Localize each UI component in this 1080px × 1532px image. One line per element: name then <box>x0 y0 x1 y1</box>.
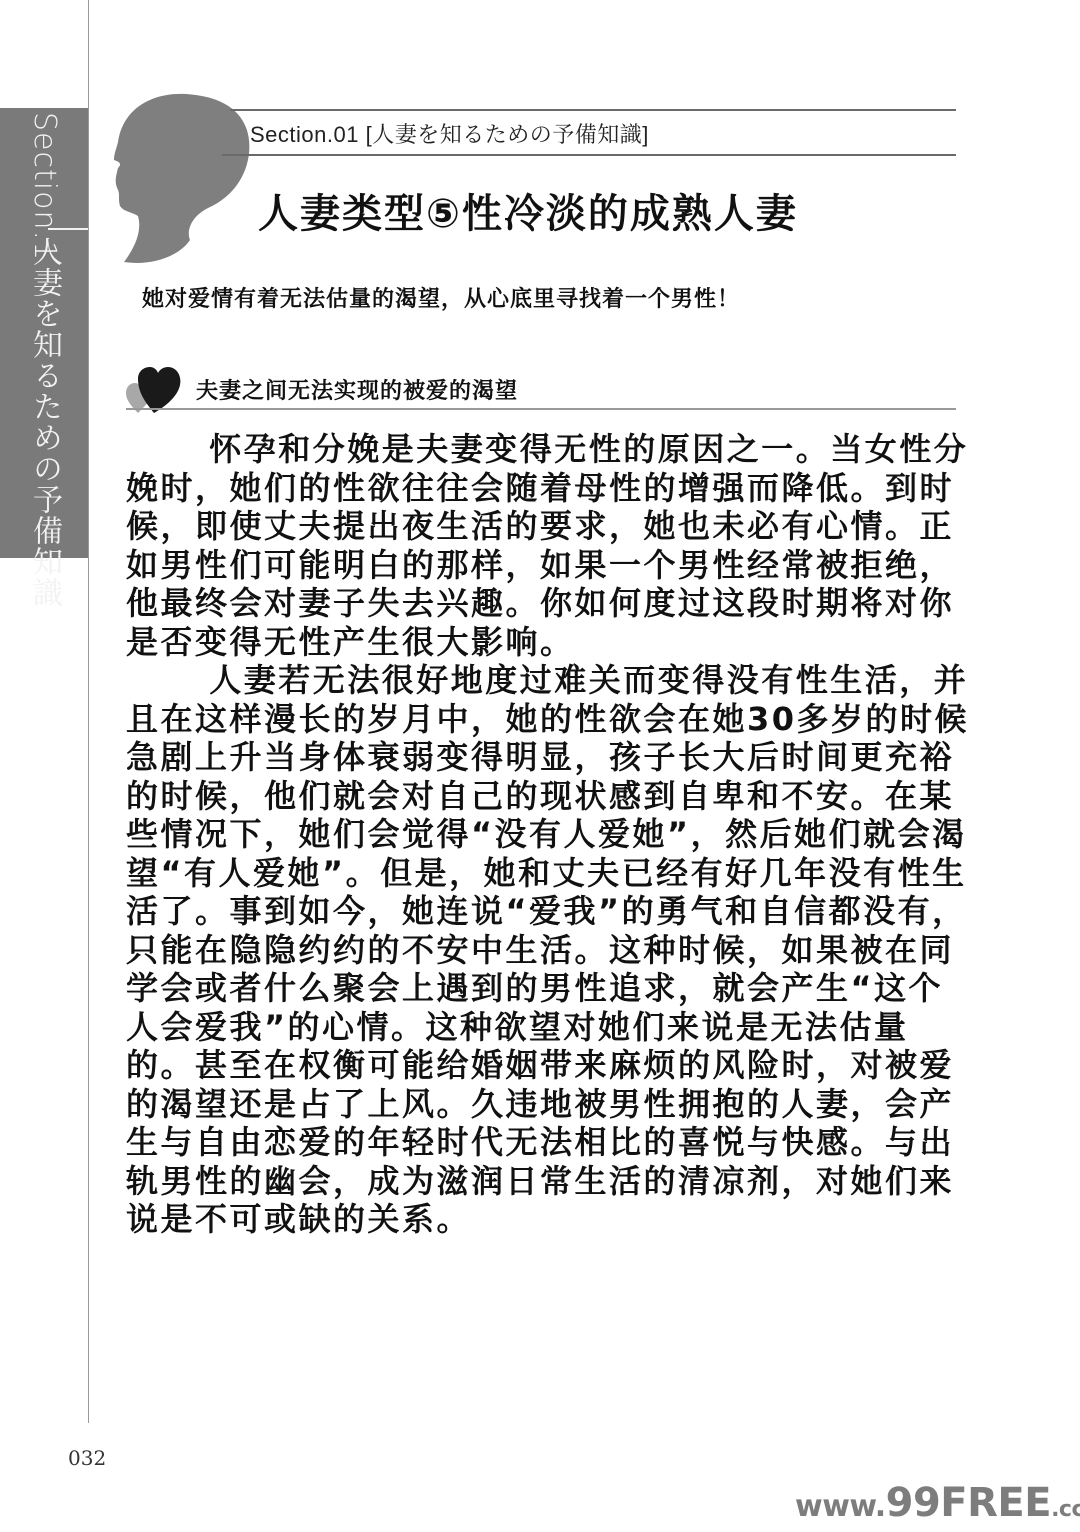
woman-silhouette-icon <box>108 90 258 270</box>
section-heading: 夫妻之间无法实现的被爱的渴望 <box>196 374 518 405</box>
header-top-rule <box>230 109 956 111</box>
side-chapter-title: 人妻を知るための予備知識 <box>27 236 62 608</box>
body-paragraph-1: 怀孕和分娩是夫妻变得无性的原因之一。当女性分娩时，她们的性欲往往会随着母性的增强… <box>126 430 976 661</box>
article-body: 怀孕和分娩是夫妻变得无性的原因之一。当女性分娩时，她们的性欲往往会随着母性的增强… <box>126 430 976 1239</box>
watermark-suffix: .cc <box>1051 1497 1080 1522</box>
page-title: 人妻类型⑤性冷淡的成熟人妻 <box>258 182 798 239</box>
watermark-prefix: www. <box>795 1489 886 1524</box>
watermark-brand: 99FREE <box>886 1480 1051 1526</box>
site-watermark: www.99FREE.cc <box>795 1480 1080 1526</box>
page-subtitle: 她对爱情有着无法估量的渴望，从心底里寻找着一个男性！ <box>142 282 740 313</box>
page-number: 032 <box>68 1446 106 1470</box>
header-bottom-rule <box>222 154 956 156</box>
side-tab-chapter-title: 人妻を知るための予備知識 <box>22 236 66 608</box>
body-paragraph-2: 人妻若无法很好地度过难关而变得没有性生活，并且在这样漫长的岁月中，她的性欲会在她… <box>126 661 976 1239</box>
side-tab-divider <box>48 228 88 230</box>
margin-rule <box>88 0 89 1423</box>
section-heading-rule <box>126 408 956 410</box>
section-label: Section.01 [人妻を知るための予備知識] <box>250 118 649 149</box>
